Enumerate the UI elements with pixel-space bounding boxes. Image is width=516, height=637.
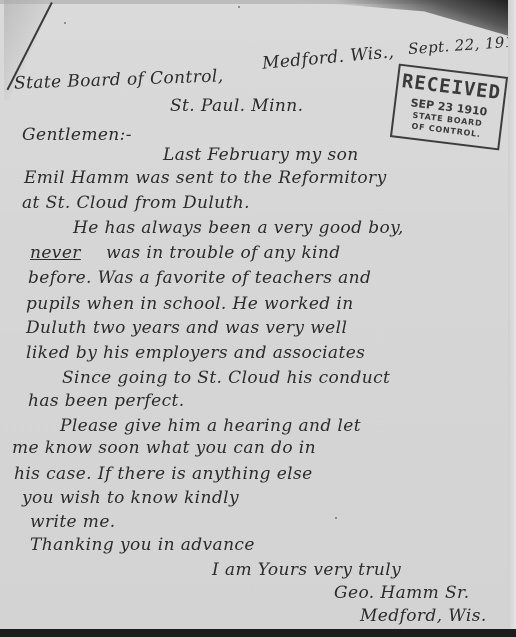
addressee-line-1: State Board of Control,: [14, 68, 224, 92]
body-line: pupils when in school. He worked in: [26, 296, 354, 313]
body-line: Last February my son: [163, 147, 359, 164]
received-stamp: RECEIVED SEP 23 1910 STATE BOARD OF CONT…: [390, 64, 508, 151]
body-line: at St. Cloud from Duluth.: [22, 195, 250, 212]
closing-thanks: Thanking you in advance: [30, 537, 255, 554]
body-line: Please give him a hearing and let: [60, 418, 361, 435]
salutation: Gentlemen:-: [22, 127, 132, 144]
body-line: liked by his employers and associates: [26, 345, 365, 362]
scan-right-edge: [508, 0, 516, 637]
scan-bottom-edge: [0, 629, 516, 637]
body-line: was in trouble of any kind: [106, 245, 341, 262]
body-line: Since going to St. Cloud his conduct: [62, 370, 390, 387]
paper-speck: [335, 517, 337, 519]
letter-date: Sept. 22, 1910: [408, 34, 516, 57]
body-line: me know soon what you can do in: [12, 440, 316, 457]
body-line: his case. If there is anything else: [14, 466, 313, 483]
closing-valediction: I am Yours very truly: [212, 562, 401, 579]
body-line: you wish to know kindly: [22, 490, 239, 507]
signature-place: Medford, Wis.: [360, 608, 487, 625]
signature: Geo. Hamm Sr.: [334, 585, 470, 602]
addressee-line-2: St. Paul. Minn.: [170, 98, 303, 115]
body-line: before. Was a favorite of teachers and: [28, 270, 371, 287]
body-line: has been perfect.: [28, 393, 185, 410]
body-line: He has always been a very good boy,: [73, 220, 404, 237]
body-line: Duluth two years and was very well: [26, 320, 347, 337]
paper-speck: [238, 6, 240, 8]
letter-page: Medford. Wis., Sept. 22, 1910 State Boar…: [0, 0, 516, 630]
page-fold-shadow: [286, 0, 516, 38]
body-line: Emil Hamm was sent to the Reformitory: [24, 170, 387, 187]
letter-place: Medford. Wis.,: [262, 44, 395, 72]
body-line: write me.: [30, 514, 116, 531]
paper-speck: [64, 22, 66, 24]
body-line-underlined: never: [30, 245, 81, 262]
